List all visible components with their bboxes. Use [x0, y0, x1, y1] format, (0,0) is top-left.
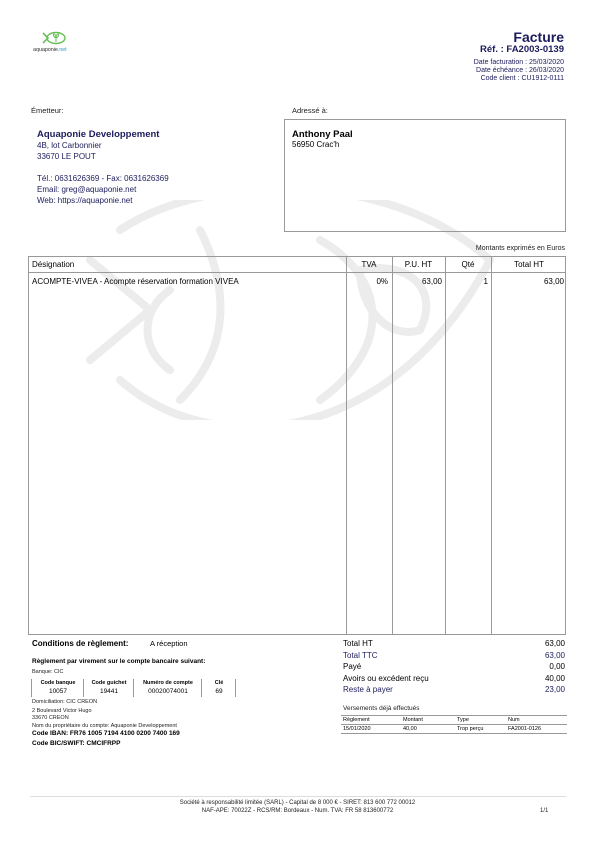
sender-label: Émetteur: — [31, 106, 64, 115]
logo-wordmark: aquaponie.net — [33, 47, 67, 53]
row-qty: 1 — [445, 277, 488, 286]
total-label: Total TTC — [343, 650, 378, 662]
row-designation: ACOMPTE-VIVEA - Acompte réservation form… — [32, 277, 239, 286]
column-divider — [445, 257, 446, 634]
payments-done-title: Versements déjà effectués — [343, 705, 419, 712]
payment-terms-label: Conditions de règlement: — [32, 639, 128, 648]
column-divider — [392, 257, 393, 634]
bank-col-code-banque: Code banque 10057 — [31, 679, 84, 697]
column-divider — [346, 257, 347, 634]
payment-terms-value: A réception — [150, 639, 188, 648]
bank-col-value: 10057 — [32, 688, 84, 695]
bank-transfer-title: Règlement par virement sur le compte ban… — [32, 658, 205, 665]
fish-sprout-icon — [42, 30, 66, 46]
bank-domiciliation: Domiciliation: CIC CREON — [32, 699, 97, 706]
total-value: 63,00 — [545, 638, 565, 650]
sender-address-line1: 4B, lot Carbonnier — [37, 140, 169, 151]
payment-date: 15/01/2020 — [343, 726, 371, 732]
bank-col-account-number: Numéro de compte 00020074001 — [133, 679, 202, 697]
total-ttc-row: Total TTC 63,00 — [343, 650, 565, 662]
total-ht-row: Total HT 63,00 — [343, 638, 565, 650]
payments-header-num: Num — [508, 717, 520, 723]
header-divider — [29, 272, 565, 273]
page-number: 1/1 — [540, 808, 548, 814]
bank-col-header: Numéro de compte — [134, 679, 202, 686]
payment-amount: 40,00 — [403, 726, 417, 732]
footer-divider — [30, 796, 566, 797]
table-row: 15/01/2020 40,00 Trop perçu FA2001-0126 — [341, 725, 567, 734]
bank-col-end — [235, 679, 236, 697]
bank-iban: Code IBAN: FR76 1005 7194 4100 0200 7400… — [32, 730, 180, 737]
logo-name: aquaponie — [33, 47, 58, 53]
sender-email[interactable]: Email: greg@aquaponie.net — [37, 184, 169, 195]
row-total: 63,00 — [491, 277, 564, 286]
recipient-address-line1: 56950 Crac'h — [292, 140, 353, 149]
bank-col-header: Code guichet — [84, 679, 134, 686]
payments-header-date: Règlement — [343, 717, 370, 723]
sender-phone-fax: Tél.: 0631626369 - Fax: 0631626369 — [37, 173, 169, 184]
bank-name: Banque: CIC — [32, 669, 64, 675]
total-value: 23,00 — [545, 684, 565, 696]
invoice-reference: Réf. : FA2003-0139 — [480, 44, 564, 55]
bank-col-value: 69 — [202, 688, 236, 695]
total-label: Payé — [343, 661, 361, 673]
bank-col-value: 00020074001 — [134, 688, 202, 695]
footer-legal-line1: Société à responsabilité limitée (SARL) … — [0, 800, 595, 806]
payment-num[interactable]: FA2001-0126 — [508, 726, 541, 732]
sender-web[interactable]: Web: https://aquaponie.net — [37, 195, 169, 206]
client-code: Code client : CU1912-0111 — [481, 75, 564, 82]
bank-col-value: 19441 — [84, 688, 134, 695]
header-designation: Désignation — [32, 260, 74, 269]
recipient-label: Adressé à: — [292, 106, 328, 115]
total-value: 40,00 — [545, 673, 565, 685]
total-value: 0,00 — [549, 661, 565, 673]
paid-row: Payé 0,00 — [343, 661, 565, 673]
logo-tld: .net — [58, 47, 67, 53]
footer-legal-line2: NAF-APE: 70022Z - RCS/RM: Bordeaux - Num… — [0, 808, 595, 814]
recipient-name: Anthony Paal — [292, 129, 353, 140]
company-logo: aquaponie.net — [30, 30, 90, 56]
total-label: Avoirs ou excédent reçu — [343, 673, 429, 685]
header-unit-price: P.U. HT — [392, 260, 445, 269]
header-qty: Qté — [445, 260, 491, 269]
due-date: Date échéance : 26/03/2020 — [476, 67, 564, 74]
payments-header-type: Type — [457, 717, 469, 723]
invoice-date: Date facturation : 25/03/2020 — [474, 59, 564, 66]
recipient-box: Anthony Paal 56950 Crac'h — [284, 119, 566, 232]
bank-account-owner: Nom du propriétaire du compte: Aquaponie… — [32, 723, 177, 730]
currency-note: Montants exprimés en Euros — [476, 245, 565, 252]
document-title: Facture — [513, 29, 564, 45]
total-label: Total HT — [343, 638, 373, 650]
column-divider — [491, 257, 492, 634]
payments-done-table: Règlement Montant Type Num 15/01/2020 40… — [341, 715, 567, 734]
sender-name: Aquaponie Developpement — [37, 129, 169, 140]
totals-block: Total HT 63,00 Total TTC 63,00 Payé 0,00… — [343, 638, 565, 696]
items-table: Désignation TVA P.U. HT Qté Total HT ACO… — [28, 256, 566, 635]
bank-address-line1: 2 Boulevard Victor Hugo — [32, 708, 92, 715]
remaining-row: Reste à payer 23,00 — [343, 684, 565, 696]
row-vat: 0% — [346, 277, 388, 286]
payment-type: Trop perçu — [457, 726, 483, 732]
bank-col-header: Code banque — [32, 679, 84, 686]
header-total: Total HT — [491, 260, 567, 269]
payments-header-amount: Montant — [403, 717, 423, 723]
row-unit-price: 63,00 — [392, 277, 442, 286]
header-vat: TVA — [346, 260, 392, 269]
total-label: Reste à payer — [343, 684, 393, 696]
sender-address-line2: 33670 LE POUT — [37, 151, 169, 162]
bank-col-header: Clé — [202, 679, 236, 686]
payments-header-row: Règlement Montant Type Num — [341, 715, 567, 725]
bank-col-key: Clé 69 — [201, 679, 236, 697]
credits-row: Avoirs ou excédent reçu 40,00 — [343, 673, 565, 685]
total-value: 63,00 — [545, 650, 565, 662]
bank-bic: Code BIC/SWIFT: CMCIFRPP — [32, 740, 120, 747]
bank-col-code-guichet: Code guichet 19441 — [83, 679, 134, 697]
sender-block: Aquaponie Developpement 4B, lot Carbonni… — [37, 129, 169, 206]
bank-address-line2: 33670 CREON — [32, 715, 69, 722]
